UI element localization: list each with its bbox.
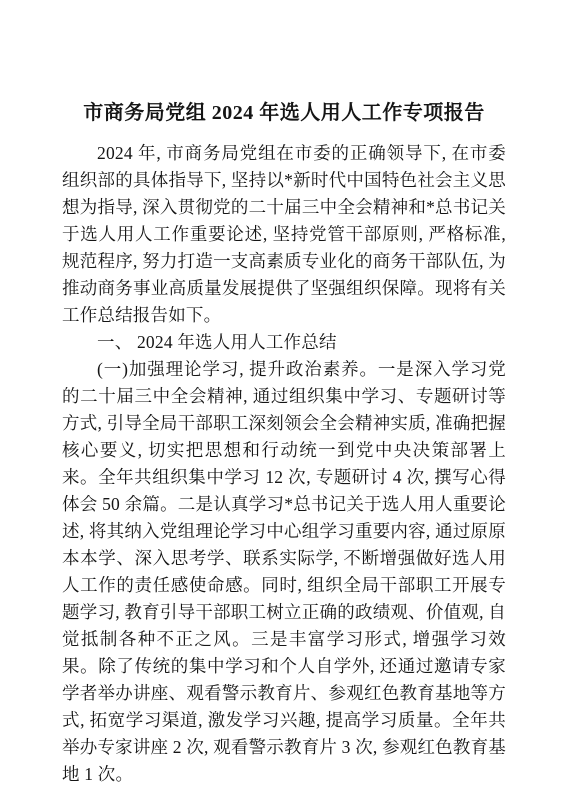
section-1-paragraph: (一)加强理论学习, 提升政治素养。一是深入学习党的二十届三中全会精神, 通过组… — [62, 356, 506, 788]
document-title: 市商务局党组 2024 年选人用人工作专项报告 — [62, 99, 506, 127]
document-page: 市商务局党组 2024 年选人用人工作专项报告 2024 年, 市商务局党组在市… — [0, 0, 570, 807]
section-1-heading: 一、 2024 年选人用人工作总结 — [62, 329, 506, 356]
intro-paragraph: 2024 年, 市商务局党组在市委的正确领导下, 在市委组织部的具体指导下, 坚… — [62, 140, 506, 329]
